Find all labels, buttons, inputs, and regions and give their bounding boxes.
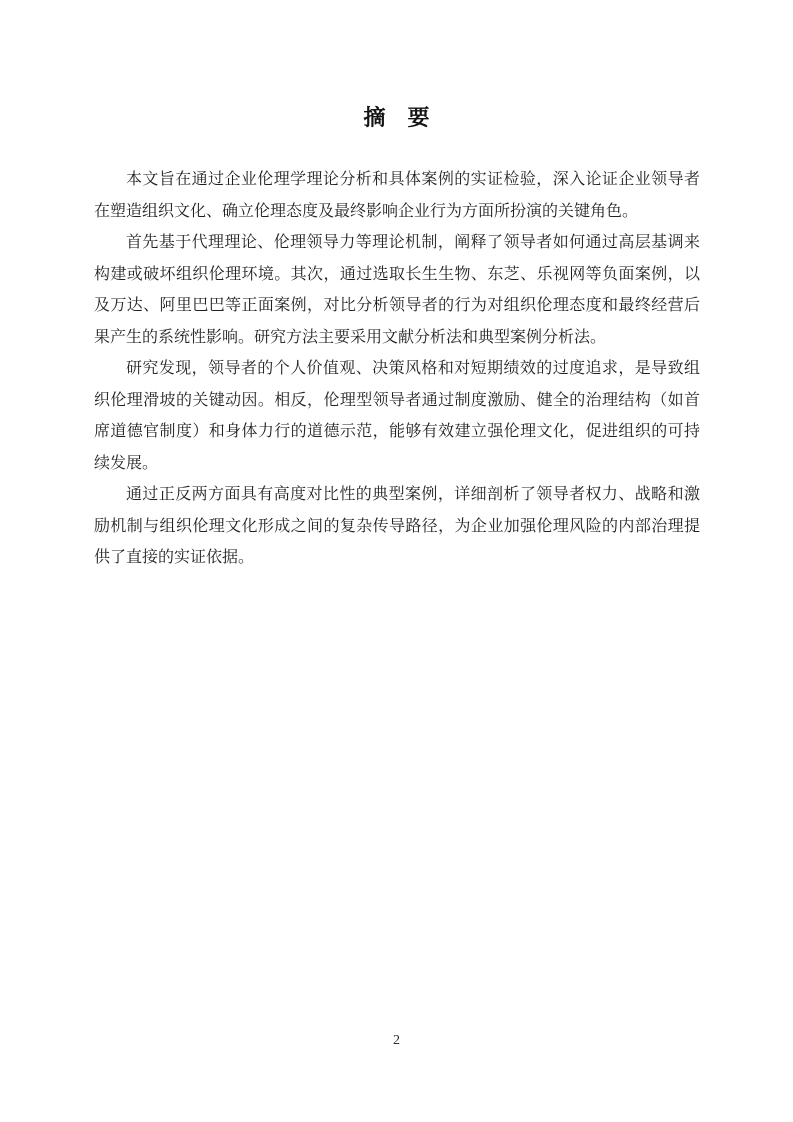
document-page: 摘 要 本文旨在通过企业伦理学理论分析和具体案例的实证检验，深入论证企业领导者在… [0, 0, 793, 1122]
page-number: 2 [393, 1033, 400, 1048]
abstract-paragraph-3: 研究发现，领导者的个人价值观、决策风格和对短期绩效的过度追求，是导致组织伦理滑坡… [94, 353, 700, 479]
abstract-body: 本文旨在通过企业伦理学理论分析和具体案例的实证检验，深入论证企业领导者在塑造组织… [0, 135, 793, 574]
page-footer: 2 [0, 1031, 793, 1051]
abstract-title: 摘 要 [0, 0, 793, 135]
abstract-paragraph-2: 首先基于代理理论、伦理领导力等理论机制，阐释了领导者如何通过高层基调来构建或破坏… [94, 227, 700, 353]
abstract-paragraph-4: 通过正反两方面具有高度对比性的典型案例，详细剖析了领导者权力、战略和激励机制与组… [94, 479, 700, 574]
abstract-paragraph-1: 本文旨在通过企业伦理学理论分析和具体案例的实证检验，深入论证企业领导者在塑造组织… [94, 164, 700, 227]
